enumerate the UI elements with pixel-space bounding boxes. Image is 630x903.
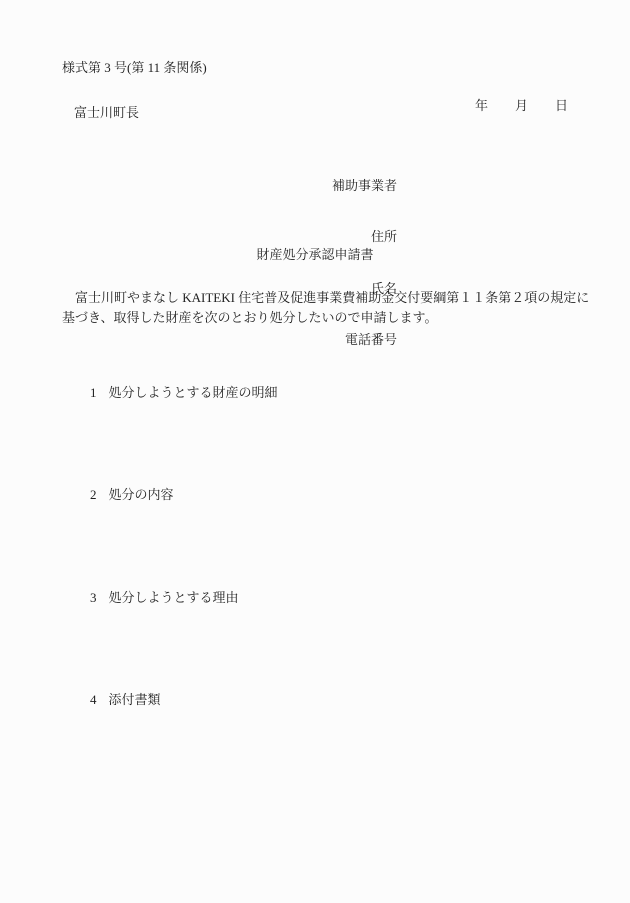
document-title: 財産処分承認申請書 [0,248,630,263]
form-number: 様式第 3 号(第 11 条関係) [62,61,207,76]
addressee: 富士川町長 [74,106,139,121]
item-label: 処分の内容 [109,488,174,503]
list-item-2: 2処分の内容 [77,473,174,518]
date-day-label: 日 [555,99,568,114]
document-page: 様式第 3 号(第 11 条関係) 年月日 富士川町長 補助事業者 住所 氏名 … [0,0,630,903]
date-year-label: 年 [475,98,488,113]
item-label: 添付書類 [109,693,161,708]
list-item-3: 3処分しようとする理由 [77,576,239,621]
item-label: 処分しようとする財産の明細 [109,386,278,401]
list-item-1: 1処分しようとする財産の明細 [77,371,278,416]
item-number: 2 [90,487,97,502]
item-number: 3 [90,590,97,605]
body-paragraph-line-2: 基づき、取得した財産を次のとおり処分したいので申請します。 [62,311,437,326]
date-month-label: 月 [515,99,528,114]
body-paragraph-line-1: 富士川町やまなし KAITEKI 住宅普及促進事業費補助金交付要綱第１１条第２項… [75,291,589,306]
item-number: 1 [90,385,97,400]
date-line: 年月日 [462,84,568,129]
applicant-heading: 補助事業者 [0,179,397,201]
applicant-block: 補助事業者 住所 氏名 電話番号 [0,149,397,384]
item-label: 処分しようとする理由 [109,591,239,606]
item-number: 4 [90,692,97,707]
list-item-4: 4添付書類 [77,678,161,723]
applicant-phone-label: 電話番号 [0,333,397,355]
